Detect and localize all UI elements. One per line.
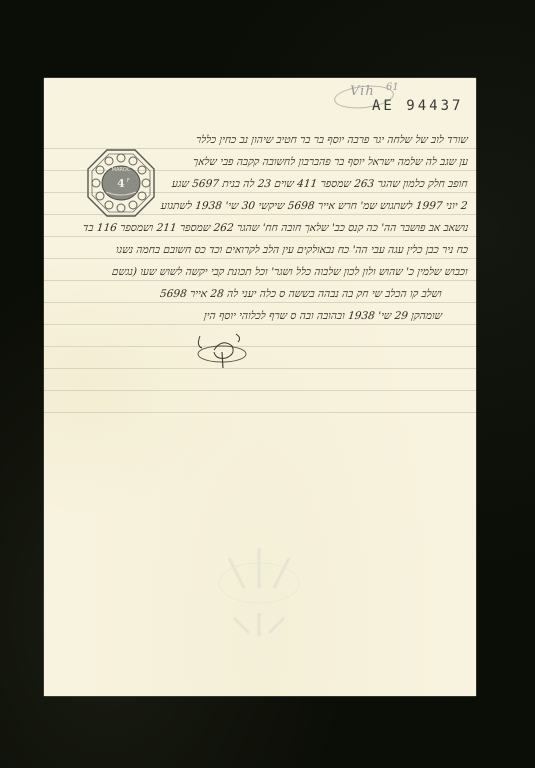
handwritten-line: כח ניר כבן כלין עגה עבי הה' כח נבאולקים … [115, 244, 468, 256]
serial-number: AE 94437 [372, 98, 463, 114]
ruled-line [44, 280, 476, 281]
ruled-line [44, 346, 476, 347]
svg-text:F: F [127, 178, 130, 184]
ruled-line [44, 390, 476, 391]
revenue-stamp-icon: MAROC 4 F [86, 148, 156, 218]
handwritten-line: שורד לוב של שלחה יגר פרבה יוסף בר בר חטי… [196, 134, 469, 146]
svg-text:MAROC: MAROC [112, 167, 131, 173]
ruled-line [44, 368, 476, 369]
handwritten-line: נושאב אב פושבר הה' כה קנס כב' שלאך חובה … [82, 222, 469, 234]
handwritten-line: שומהקן 29 שי' 1938 ובהובה ובה ס שרף לכלו… [203, 310, 442, 322]
ruled-line [44, 412, 476, 413]
ruled-line [44, 236, 476, 237]
ruled-line [44, 324, 476, 325]
paper-watermark-emblem-icon [194, 518, 324, 648]
pencil-note-number: 61 [386, 82, 399, 93]
handwritten-line: 2 יוני 1997 לשתגוש שמ' חרש אייר 5698 שיק… [161, 200, 469, 212]
ruled-line [44, 258, 476, 259]
handwritten-line: ען שגב לה שלמה ישראל יוסף בר פהברבון לחש… [192, 156, 468, 168]
document-page: Vih 61 AE 94437 MAROC 4 F שורד לוב של של… [44, 78, 476, 696]
svg-text:4: 4 [117, 177, 125, 190]
handwritten-line: וכבוש שלמין כ' שהוש ולון לכון שלבוה כלל … [112, 266, 469, 278]
pencil-note-text: Vih [350, 84, 375, 99]
handwritten-line: חופב חלק כלמון שהגר 263 שמספר 411 שוים 2… [172, 178, 469, 190]
ruled-line [44, 302, 476, 303]
signature-scribble-icon [192, 332, 252, 372]
handwritten-line: ושלב קו הכלב שי חק בה נבהה בששה ס כלה יע… [160, 288, 443, 300]
